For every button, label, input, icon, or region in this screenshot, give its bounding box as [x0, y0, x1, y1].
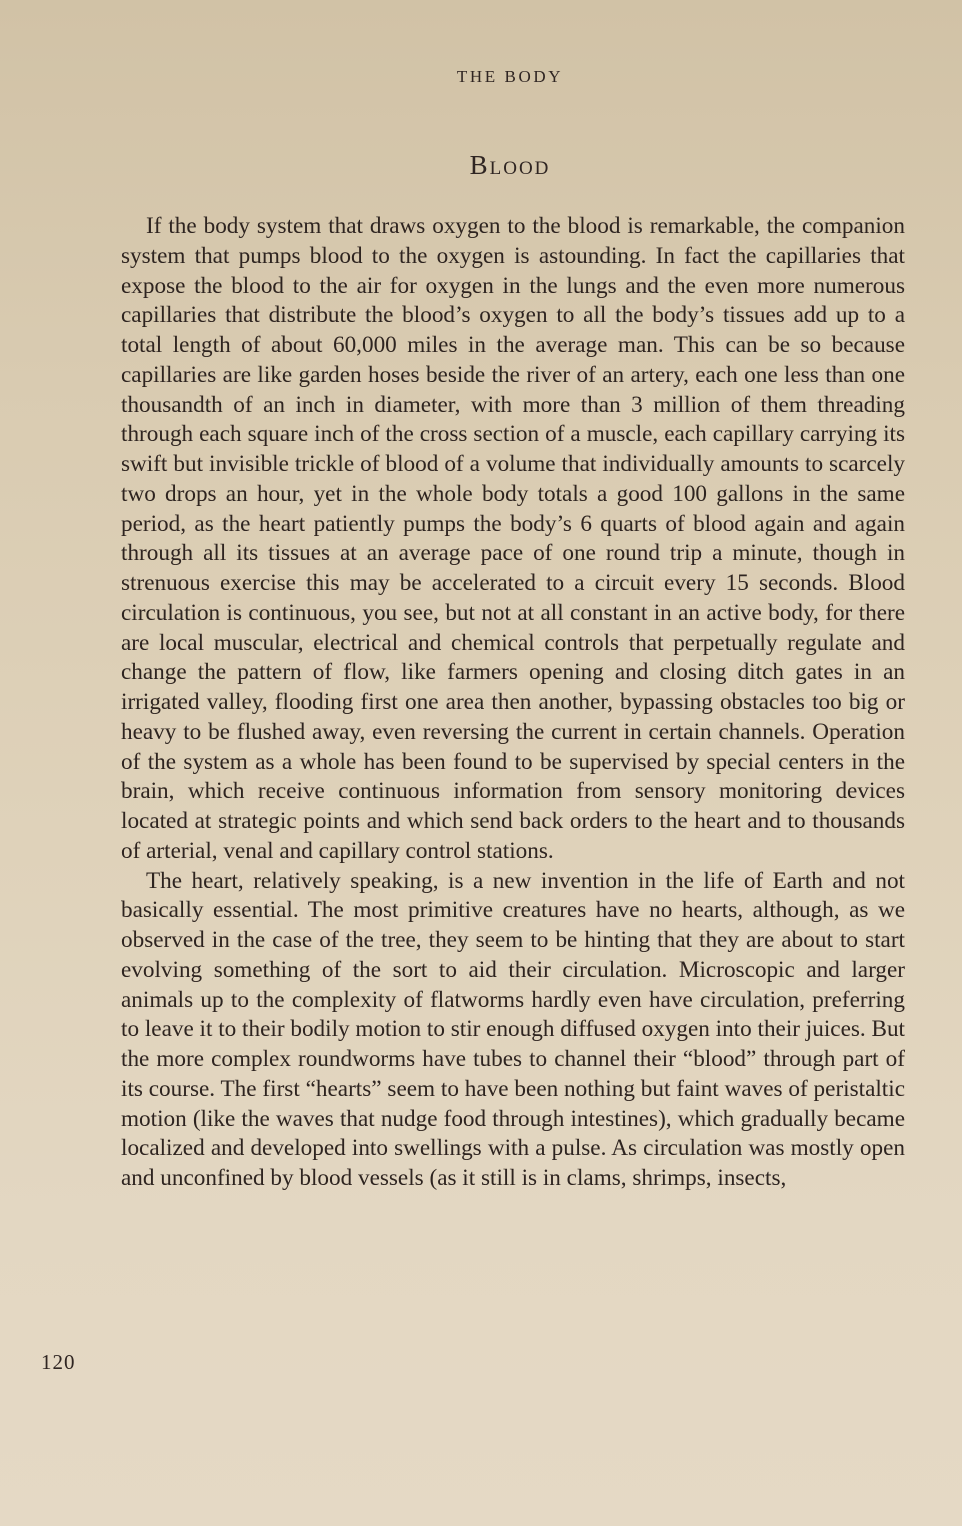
body-text: If the body system that draws oxygen to …: [121, 212, 905, 1194]
book-page: THE BODY Blood If the body system that d…: [0, 0, 962, 1526]
paragraph: The heart, relatively speaking, is a new…: [121, 867, 905, 1194]
page-number: 120: [41, 1350, 76, 1375]
chapter-title: Blood: [0, 150, 962, 181]
paragraph: If the body system that draws oxygen to …: [121, 212, 905, 867]
running-head: THE BODY: [0, 67, 962, 87]
